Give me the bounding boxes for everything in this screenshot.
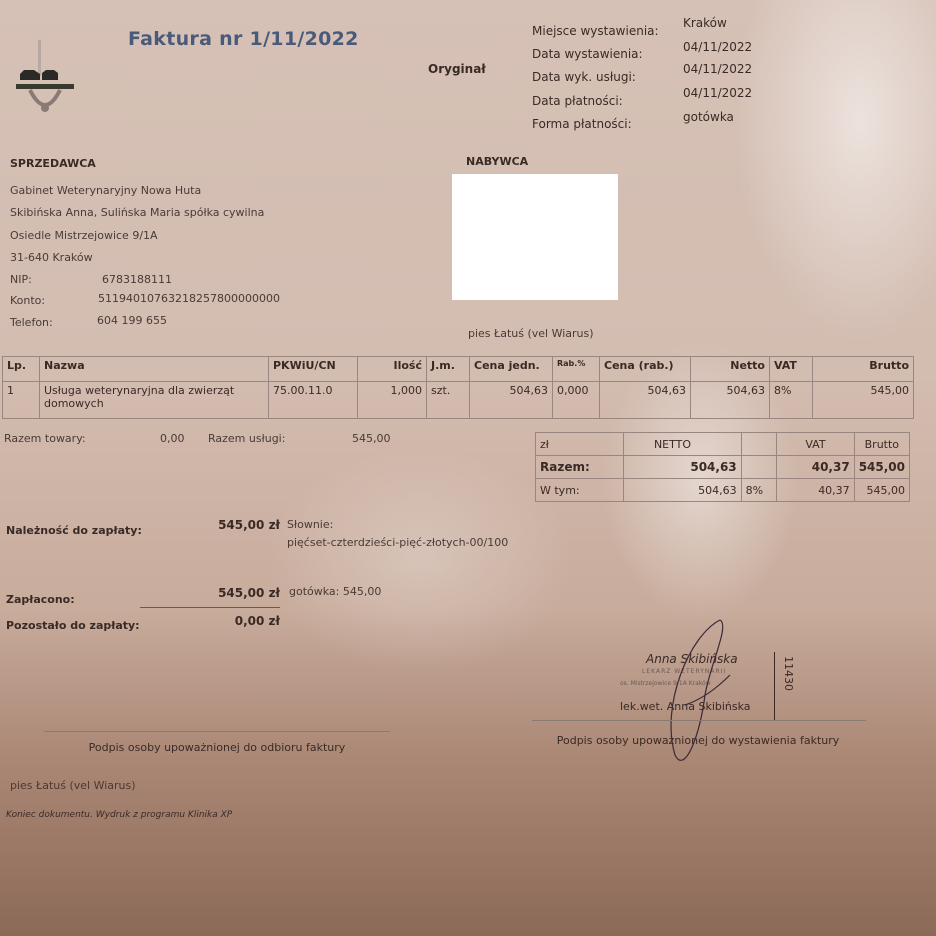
cell-vat: 8% xyxy=(770,382,813,419)
meta-value-payment-date: 04/11/2022 xyxy=(683,86,752,100)
seller-account-label: Konto: xyxy=(10,294,45,307)
vat-head-gross: Brutto xyxy=(854,433,909,456)
cell-unit: szt. xyxy=(427,382,470,419)
remaining-value: 0,00 zł xyxy=(190,614,280,628)
cell-name: Usługa weterynaryjna dla zwierząt domowy… xyxy=(40,382,269,419)
services-total-value: 545,00 xyxy=(352,432,391,445)
meta-value-service-date: 04/11/2022 xyxy=(683,62,752,76)
paid-value: 545,00 zł xyxy=(190,586,280,600)
invoice-title: Faktura nr 1/11/2022 xyxy=(128,28,359,50)
amount-words: pięćset-czterdzieści-pięć-złotych-00/100 xyxy=(287,536,508,549)
col-discount: Rab.% xyxy=(553,357,600,382)
seller-name: Gabinet Weterynaryjny Nowa Huta xyxy=(10,184,201,197)
vat-head-rate xyxy=(741,433,777,456)
buyer-heading: NABYWCA xyxy=(466,155,528,168)
issuer-signature-line xyxy=(532,720,866,721)
cell-discounted-price: 504,63 xyxy=(600,382,691,419)
footer-patient: pies Łatuś (vel Wiarus) xyxy=(10,779,136,792)
receiver-signature-line xyxy=(44,731,390,732)
seller-city: 31-640 Kraków xyxy=(10,251,93,264)
amount-words-label: Słownie: xyxy=(287,518,333,531)
vat-total-row: Razem: 504,63 40,37 545,00 xyxy=(536,456,910,479)
meta-value-issue-date: 04/11/2022 xyxy=(683,40,752,54)
remaining-label: Pozostało do zapłaty: xyxy=(6,619,140,632)
table-row: 1 Usługa weterynaryjna dla zwierząt domo… xyxy=(3,382,914,419)
amount-due-value: 545,00 zł xyxy=(190,518,280,532)
vat-detail-row: W tym: 504,63 8% 40,37 545,00 xyxy=(536,479,910,502)
seller-phone-label: Telefon: xyxy=(10,316,53,329)
footer-end-note: Koniec dokumentu. Wydruk z programu Klin… xyxy=(6,810,232,820)
seller-nip-label: NIP: xyxy=(10,273,32,286)
seller-account: 51194010763218257800000000 xyxy=(98,292,280,305)
vat-header-row: zł NETTO VAT Brutto xyxy=(536,433,910,456)
vat-total-vat: 40,37 xyxy=(777,456,854,479)
col-unit-price: Cena jedn. xyxy=(470,357,553,382)
vat-total-rate xyxy=(741,456,777,479)
vat-head-currency: zł xyxy=(536,433,624,456)
col-lp: Lp. xyxy=(3,357,40,382)
goods-total-value: 0,00 xyxy=(160,432,185,445)
meta-label-issue-date: Data wystawienia: xyxy=(532,47,643,61)
items-header-row: Lp. Nazwa PKWiU/CN Ilość J.m. Cena jedn.… xyxy=(3,357,914,382)
handwritten-signature-icon xyxy=(650,615,740,775)
meta-label-payment-method: Forma płatności: xyxy=(532,117,632,131)
col-discounted-price: Cena (rab.) xyxy=(600,357,691,382)
vat-total-label: Razem: xyxy=(536,456,624,479)
copy-label: Oryginał xyxy=(428,62,486,76)
seller-nip: 6783188111 xyxy=(102,273,172,286)
cell-pkwiu: 75.00.11.0 xyxy=(269,382,358,419)
paid-label: Zapłacono: xyxy=(6,593,75,606)
buyer-redacted-block xyxy=(452,174,618,300)
meta-label-place: Miejsce wystawienia: xyxy=(532,24,659,38)
seller-heading: SPRZEDAWCA xyxy=(10,157,96,170)
cell-gross: 545,00 xyxy=(813,382,914,419)
services-total-label: Razem usługi: xyxy=(208,432,285,445)
buyer-patient: pies Łatuś (vel Wiarus) xyxy=(468,327,594,340)
col-pkwiu: PKWiU/CN xyxy=(269,357,358,382)
amount-due-label: Należność do zapłaty: xyxy=(6,524,142,537)
meta-value-payment-method: gotówka xyxy=(683,110,734,124)
seller-street: Osiedle Mistrzejowice 9/1A xyxy=(10,229,158,242)
cell-lp: 1 xyxy=(3,382,40,419)
cell-unit-price: 504,63 xyxy=(470,382,553,419)
paid-note: gotówka: 545,00 xyxy=(289,585,381,598)
items-table: Lp. Nazwa PKWiU/CN Ilość J.m. Cena jedn.… xyxy=(2,356,914,419)
seller-owners: Skibińska Anna, Sulińska Maria spółka cy… xyxy=(10,206,264,219)
cell-discount: 0,000 xyxy=(553,382,600,419)
meta-value-place: Kraków xyxy=(683,16,727,30)
receiver-signature-caption: Podpis osoby upoważnionej do odbioru fak… xyxy=(44,741,390,754)
cell-qty: 1,000 xyxy=(358,382,427,419)
col-net: Netto xyxy=(691,357,770,382)
meta-label-service-date: Data wyk. usługi: xyxy=(532,70,636,84)
stamp-number: 11430 xyxy=(782,656,795,691)
veterinary-clinic-logo-icon xyxy=(12,30,78,120)
vat-summary-table: zł NETTO VAT Brutto Razem: 504,63 40,37 … xyxy=(535,432,910,502)
col-name: Nazwa xyxy=(40,357,269,382)
meta-label-payment-date: Data płatności: xyxy=(532,94,623,108)
stamp-divider xyxy=(774,652,775,720)
vat-detail-rate: 8% xyxy=(741,479,777,502)
vat-head-vat: VAT xyxy=(777,433,854,456)
col-qty: Ilość xyxy=(358,357,427,382)
vat-total-gross: 545,00 xyxy=(854,456,909,479)
vat-detail-vat: 40,37 xyxy=(777,479,854,502)
cell-net: 504,63 xyxy=(691,382,770,419)
vat-head-net: NETTO xyxy=(623,433,741,456)
issuer-signature-caption: Podpis osoby upoważnionej do wystawienia… xyxy=(548,734,848,747)
vat-detail-label: W tym: xyxy=(536,479,624,502)
col-vat: VAT xyxy=(770,357,813,382)
vat-total-net: 504,63 xyxy=(623,456,741,479)
vat-detail-gross: 545,00 xyxy=(854,479,909,502)
vat-detail-net: 504,63 xyxy=(623,479,741,502)
col-gross: Brutto xyxy=(813,357,914,382)
seller-phone: 604 199 655 xyxy=(97,314,167,327)
goods-total-label: Razem towary: xyxy=(4,432,86,445)
paid-divider xyxy=(140,607,280,608)
col-unit: J.m. xyxy=(427,357,470,382)
